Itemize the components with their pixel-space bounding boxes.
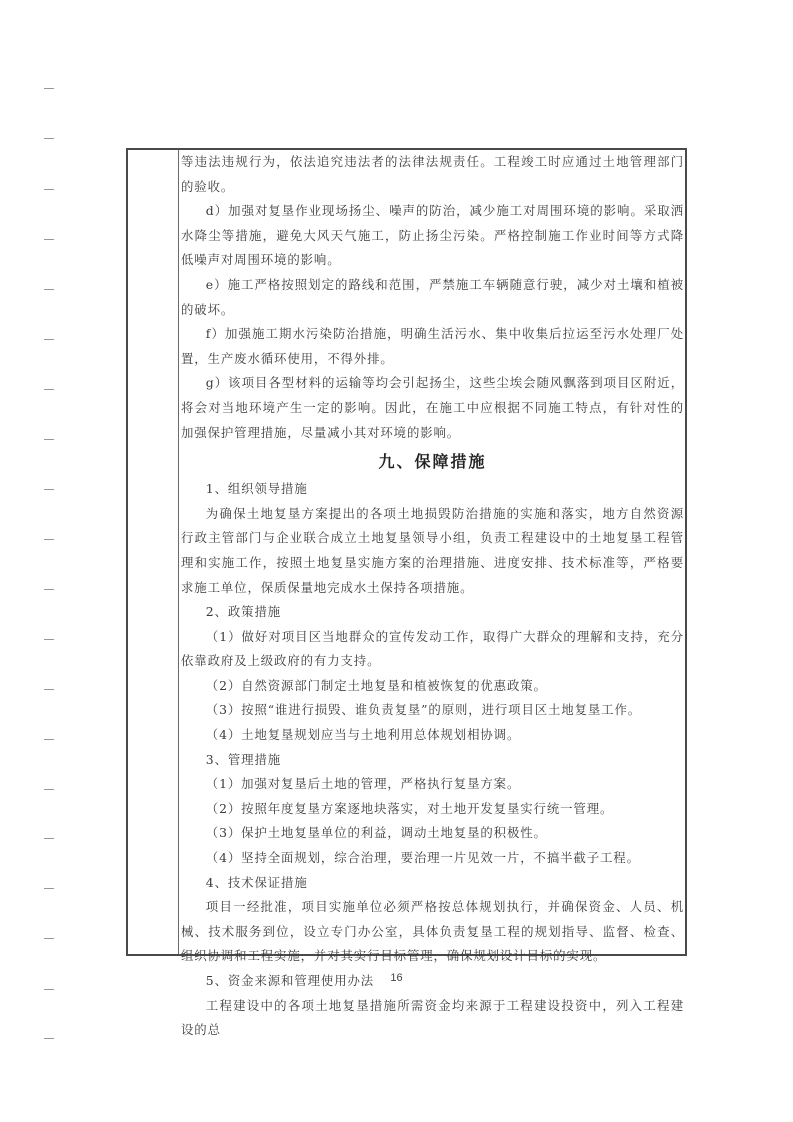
subsection-heading-technical: 4、技术保证措施 — [181, 871, 684, 896]
subsection-heading-management: 3、管理措施 — [181, 748, 684, 773]
table-content-cell: 等违法违规行为，依法追究违法者的法律法规责任。工程竣工时应通过土地管理部门的验收… — [181, 150, 684, 1043]
document-table: 等违法违规行为，依法追究违法者的法律法规责任。工程竣工时应通过土地管理部门的验收… — [126, 148, 687, 956]
section-title: 九、保障措施 — [181, 447, 684, 477]
paragraph: （3）按照“谁进行损毁、谁负责复垦”的原则，进行项目区土地复垦工作。 — [181, 698, 684, 723]
paragraph: （2）按照年度复垦方案逐地块落实，对土地开发复垦实行统一管理。 — [181, 797, 684, 822]
binding-mark — [44, 138, 54, 139]
binding-mark — [44, 339, 54, 340]
binding-mark — [44, 189, 54, 190]
page-number: 16 — [0, 972, 793, 984]
binding-mark — [44, 888, 54, 889]
paragraph: （2）自然资源部门制定土地复垦和植被恢复的优惠政策。 — [181, 674, 684, 699]
binding-mark — [44, 88, 54, 89]
binding-mark — [44, 838, 54, 839]
binding-mark — [44, 539, 54, 540]
paragraph: 项目一经批准，项目实施单位必须严格按总体规划执行，并确保资金、人员、机械、技术服… — [181, 895, 684, 969]
binding-mark — [44, 239, 54, 240]
paragraph: （1）加强对复垦后土地的管理，严格执行复垦方案。 — [181, 772, 684, 797]
subsection-heading-policy: 2、政策措施 — [181, 600, 684, 625]
paragraph: （1）做好对项目区当地群众的宣传发动工作，取得广大群众的理解和支持，充分依靠政府… — [181, 625, 684, 674]
paragraph: （4）坚持全面规划，综合治理，要治理一片见效一片，不搞半截子工程。 — [181, 846, 684, 871]
paragraph-item-g: g）该项目各型材料的运输等均会引起扬尘，这些尘埃会随风飘落到项目区附近，将会对当… — [181, 371, 684, 445]
paragraph: 为确保土地复垦方案提出的各项土地损毁防治措施的实施和落实，地方自然资源行政主管部… — [181, 502, 684, 600]
binding-mark — [44, 389, 54, 390]
paragraph-item-f: f）加强施工期水污染防治措施，明确生活污水、集中收集后拉运至污水处理厂处置，生产… — [181, 322, 684, 371]
subsection-heading-organization: 1、组织领导措施 — [181, 477, 684, 502]
paragraph: （3）保护土地复垦单位的利益，调动土地复垦的积极性。 — [181, 821, 684, 846]
binding-mark — [44, 1038, 54, 1039]
paragraph-item-e: e）施工严格按照划定的路线和范围，严禁施工车辆随意行驶，减少对土壤和植被的破坏。 — [181, 273, 684, 322]
paragraph-continuation: 等违法违规行为，依法追究违法者的法律法规责任。工程竣工时应通过土地管理部门的验收… — [181, 150, 684, 199]
binding-mark — [44, 989, 54, 990]
binding-mark — [44, 938, 54, 939]
table-label-column — [128, 150, 179, 954]
binding-mark — [44, 689, 54, 690]
binding-mark — [44, 489, 54, 490]
binding-mark — [44, 639, 54, 640]
binding-margin-marks — [44, 0, 56, 1122]
paragraph-item-d: d）加强对复垦作业现场扬尘、噪声的防治，减少施工对周围环境的影响。采取洒水降尘等… — [181, 199, 684, 273]
binding-mark — [44, 589, 54, 590]
paragraph: （4）土地复垦规划应当与土地利用总体规划相协调。 — [181, 723, 684, 748]
binding-mark — [44, 439, 54, 440]
binding-mark — [44, 789, 54, 790]
binding-mark — [44, 289, 54, 290]
binding-mark — [44, 739, 54, 740]
paragraph: 工程建设中的各项土地复垦措施所需资金均来源于工程建设投资中，列入工程建设的总 — [181, 994, 684, 1043]
